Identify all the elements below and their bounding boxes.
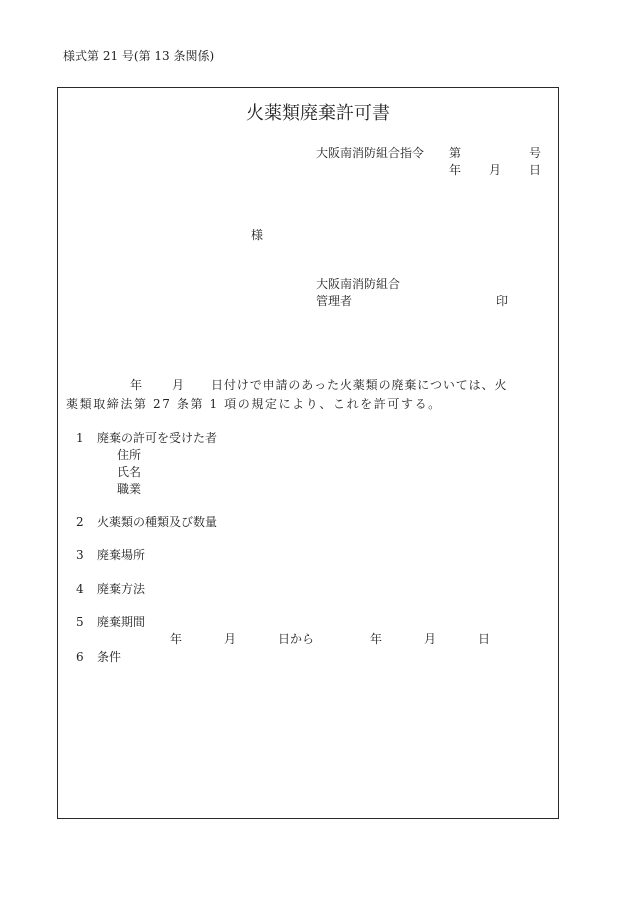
item-4-number: 4 xyxy=(76,583,84,595)
body-line2: 薬類取締法第 27 条第 1 項の規定により、これを許可する。 xyxy=(66,398,442,410)
issuer-go: 号 xyxy=(529,147,541,159)
item-4-label: 廃棄方法 xyxy=(97,583,145,595)
title-text: 火薬類廃棄許可書 xyxy=(246,105,390,123)
item-5-label: 廃棄期間 xyxy=(97,616,145,628)
item-1-address: 住所 xyxy=(117,449,141,461)
issuer-org-directive: 大阪南消防組合指令 xyxy=(316,147,424,159)
item-2-label: 火薬類の種類及び数量 xyxy=(97,516,217,528)
item-1-number: 1 xyxy=(76,432,84,444)
sender-org: 大阪南消防組合 xyxy=(316,278,400,290)
item-3-label: 廃棄場所 xyxy=(97,549,145,561)
form-number: 様式第 21 号(第 13 条関係) xyxy=(63,50,214,62)
issue-day: 日 xyxy=(529,164,541,176)
sender-title: 管理者 xyxy=(316,295,352,307)
addressee-suffix: 様 xyxy=(251,229,263,241)
period-from-day: 日から xyxy=(278,633,314,645)
item-3-number: 3 xyxy=(76,549,84,561)
body-year: 年 xyxy=(130,379,142,391)
item-1-occupation: 職業 xyxy=(117,483,141,495)
item-1-label: 廃棄の許可を受けた者 xyxy=(97,432,217,444)
body-month: 月 xyxy=(172,379,184,391)
issue-year: 年 xyxy=(449,164,461,176)
period-to-year: 年 xyxy=(370,633,382,645)
period-from-year: 年 xyxy=(170,633,182,645)
item-1-name: 氏名 xyxy=(117,466,141,478)
item-6-number: 6 xyxy=(76,651,84,663)
issue-month: 月 xyxy=(489,164,501,176)
item-2-number: 2 xyxy=(76,516,84,528)
period-to-day: 日 xyxy=(478,633,490,645)
seal-mark: 印 xyxy=(496,295,508,307)
period-to-month: 月 xyxy=(424,633,436,645)
issuer-dai: 第 xyxy=(449,147,461,159)
period-from-month: 月 xyxy=(224,633,236,645)
item-5-number: 5 xyxy=(76,616,84,628)
document-title: 火薬類廃棄許可書 xyxy=(0,105,630,123)
item-6-label: 条件 xyxy=(97,651,121,663)
body-line1: 日付けで申請のあった火薬類の廃棄については、火 xyxy=(211,379,507,391)
